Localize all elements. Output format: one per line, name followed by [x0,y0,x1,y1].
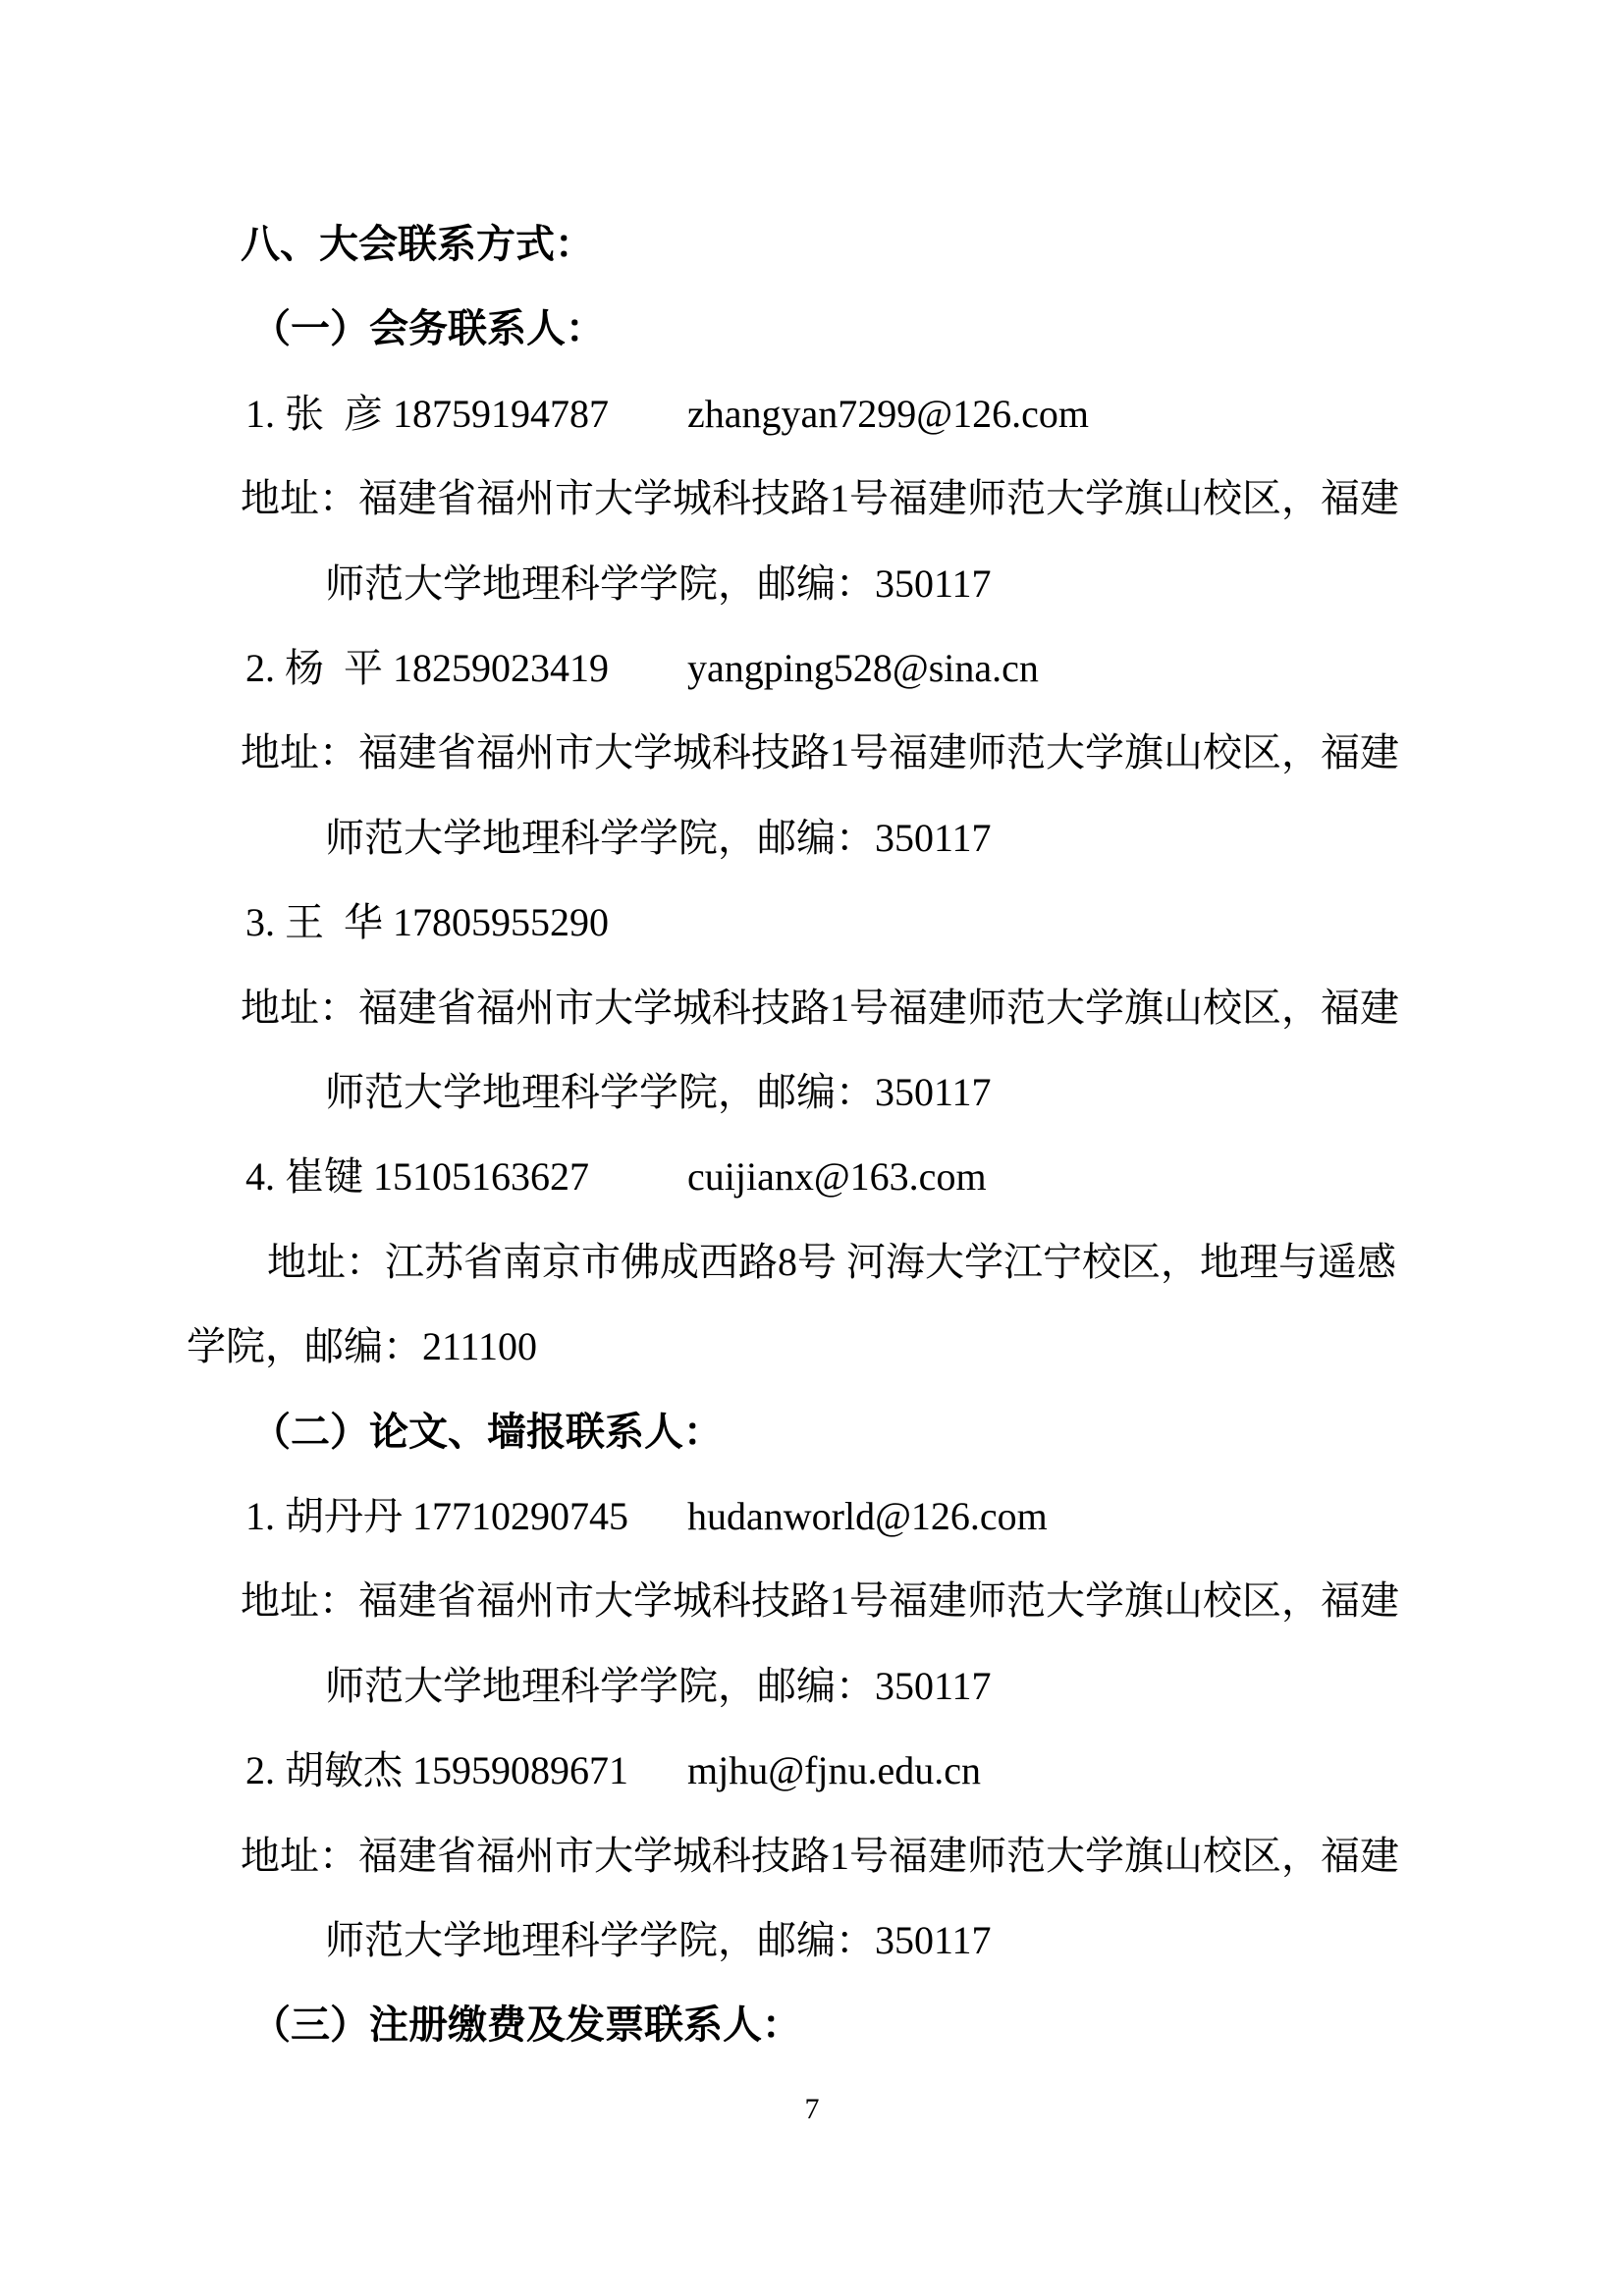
contact-name-phone: 2. 胡敏杰 15959089671 [245,1747,628,1794]
contact-name-phone: 1. 胡丹丹 17710290745 [245,1493,628,1540]
address-text: 地址：福建省福州市大学城科技路1号福建师范大学旗山校区，福建 [241,1577,1399,1625]
section-heading-text: （二）论文、墙报联系人： [251,1409,723,1456]
address-line: 学院，邮编：211100 [0,1323,1624,1374]
address-text: 地址：福建省福州市大学城科技路1号福建师范大学旗山校区，福建 [241,475,1399,522]
address-line: 地址：福建省福州市大学城科技路1号福建师范大学旗山校区，福建 [0,1577,1624,1629]
section-heading: （三）注册缴费及发票联系人： [0,2002,1624,2053]
contact-email: mjhu@fjnu.edu.cn [687,1747,981,1794]
document-heading-text: 八、大会联系方式： [241,221,594,268]
address-line: 师范大学地理科学学院，邮编：350117 [0,1069,1624,1120]
address-line: 地址：江苏省南京市佛成西路8号 河海大学江宁校区，地理与遥感 [0,1239,1624,1290]
address-text: 师范大学地理科学学院，邮编：350117 [325,1069,992,1116]
address-line: 地址：福建省福州市大学城科技路1号福建师范大学旗山校区，福建 [0,1833,1624,1884]
contact-name-phone: 1. 张 彦 18759194787 [245,391,609,438]
contact-email: cuijianx@163.com [687,1153,987,1201]
document-heading: 八、大会联系方式： [0,221,1624,272]
address-line: 地址：福建省福州市大学城科技路1号福建师范大学旗山校区，福建 [0,985,1624,1036]
address-text: 师范大学地理科学学院，邮编：350117 [325,815,992,862]
contact-email: zhangyan7299@126.com [687,391,1089,438]
address-text: 地址：福建省福州市大学城科技路1号福建师范大学旗山校区，福建 [241,985,1399,1032]
address-text: 师范大学地理科学学院，邮编：350117 [325,1917,992,1964]
address-line: 师范大学地理科学学院，邮编：350117 [0,1663,1624,1714]
address-line: 师范大学地理科学学院，邮编：350117 [0,1917,1624,1968]
document-page: 7 八、大会联系方式：（一）会务联系人：1. 张 彦 18759194787zh… [0,0,1624,2296]
address-line: 师范大学地理科学学院，邮编：350117 [0,815,1624,866]
contact-line: 4. 崔键 15105163627cuijianx@163.com [0,1153,1624,1204]
address-text: 地址：福建省福州市大学城科技路1号福建师范大学旗山校区，福建 [241,1833,1399,1880]
contact-line: 2. 杨 平 18259023419yangping528@sina.cn [0,645,1624,696]
contact-name-phone: 3. 王 华 17805955290 [245,899,609,946]
address-text: 师范大学地理科学学院，邮编：350117 [325,561,992,608]
address-text: 学院，邮编：211100 [187,1323,537,1370]
address-text: 师范大学地理科学学院，邮编：350117 [325,1663,992,1710]
section-heading: （二）论文、墙报联系人： [0,1409,1624,1460]
contact-email: hudanworld@126.com [687,1493,1048,1540]
contact-line: 1. 张 彦 18759194787zhangyan7299@126.com [0,391,1624,442]
section-heading: （一）会务联系人： [0,305,1624,356]
contact-email: yangping528@sina.cn [687,645,1039,692]
address-text: 地址：江苏省南京市佛成西路8号 河海大学江宁校区，地理与遥感 [267,1239,1396,1286]
address-text: 地址：福建省福州市大学城科技路1号福建师范大学旗山校区，福建 [241,729,1399,776]
section-heading-text: （三）注册缴费及发票联系人： [251,2002,801,2049]
page-number: 7 [0,2093,1624,2126]
contact-line: 2. 胡敏杰 15959089671mjhu@fjnu.edu.cn [0,1747,1624,1798]
contact-line: 1. 胡丹丹 17710290745hudanworld@126.com [0,1493,1624,1544]
contact-line: 3. 王 华 17805955290 [0,899,1624,950]
section-heading-text: （一）会务联系人： [251,305,605,352]
address-line: 师范大学地理科学学院，邮编：350117 [0,561,1624,612]
address-line: 地址：福建省福州市大学城科技路1号福建师范大学旗山校区，福建 [0,729,1624,780]
contact-name-phone: 4. 崔键 15105163627 [245,1153,589,1201]
contact-name-phone: 2. 杨 平 18259023419 [245,645,609,692]
address-line: 地址：福建省福州市大学城科技路1号福建师范大学旗山校区，福建 [0,475,1624,526]
